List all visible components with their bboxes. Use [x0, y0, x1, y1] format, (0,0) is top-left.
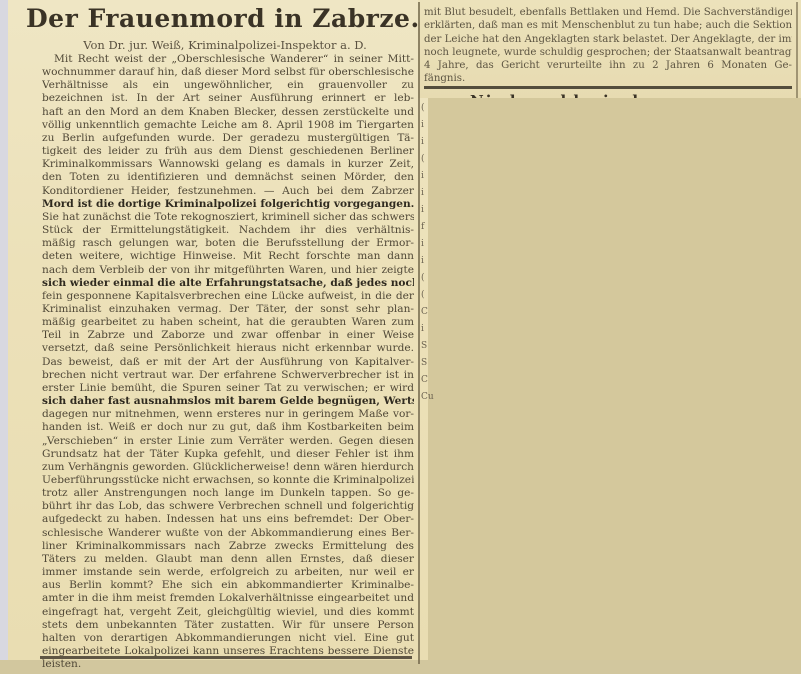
- text-line: mit Blut besudelt, ebenfalls Bettlaken u…: [424, 6, 792, 19]
- text-line: halten von derartigen Abkommandierungen …: [42, 632, 414, 645]
- text-line: mäßig rasch gelungen war, boten die Beru…: [42, 237, 414, 250]
- text-line: dagegen nur mitnehmen, wenn ersteres nur…: [42, 408, 414, 421]
- text-line: bezeichnen ist. In der Art seiner Ausfüh…: [42, 92, 414, 105]
- text-line: handen ist. Weiß er doch nur zu gut, daß…: [42, 421, 414, 434]
- text-line: tigkeit des leider zu früh aus dem Diens…: [42, 145, 414, 158]
- text-line: Ueberführungsstücke nicht erwachsen, so …: [42, 474, 414, 487]
- text-line: Kriminalkommissars Wannowski gelang es d…: [42, 158, 414, 171]
- text-line: Mit Recht weist der „Oberschlesische Wan…: [42, 53, 414, 66]
- text-line: aus Berlin kommt? Ehe sich ein abkommand…: [42, 579, 414, 592]
- gutter-fragment: i: [421, 168, 431, 185]
- text-line: 4 Jahre, das Gericht verurteilte ihn zu …: [424, 59, 792, 72]
- text-line: sich wieder einmal die alte Erfahrungsta…: [42, 277, 414, 290]
- text-line: sich daher fast ausnahmslos mit barem Ge…: [42, 395, 414, 408]
- gutter-fragment: S: [421, 338, 431, 355]
- gutter-fragment: i: [421, 253, 431, 270]
- gutter-fragment: (: [421, 270, 431, 287]
- text-line: leisten.: [42, 658, 414, 671]
- scan-left-margin: [0, 0, 8, 660]
- text-line: schlesische Wanderer wußte von der Abkom…: [42, 527, 414, 540]
- text-line: bührt ihr das Lob, das schwere Verbreche…: [42, 500, 414, 513]
- text-line: erster Linie bemüht, die Spuren seiner T…: [42, 382, 414, 395]
- text-line: Sie hat zunächst die Tote rekognosziert,…: [42, 211, 414, 224]
- article-end-rule: [40, 656, 412, 659]
- text-line: brechen nicht vertraut war. Der erfahren…: [42, 369, 414, 382]
- text-line: den Toten zu identifizieren und demnächs…: [42, 171, 414, 184]
- gutter-fragment: C: [421, 304, 431, 321]
- text-line: zu Berlin aufgefunden wurde. Der geradez…: [42, 132, 414, 145]
- gutter-fragment: (: [421, 287, 431, 304]
- text-line: Stück der Ermittelungstätigkeit. Nachdem…: [42, 224, 414, 237]
- text-line: Mord ist die dortige Kriminalpolizei fol…: [42, 198, 414, 211]
- column-rule: [418, 2, 420, 664]
- gutter-fragment: C: [421, 372, 431, 389]
- text-line: Kriminalist einzuhaken vermag. Der Täter…: [42, 303, 414, 316]
- text-line: zum Verhängnis geworden. Glücklicherweis…: [42, 461, 414, 474]
- gutter-fragment: i: [421, 236, 431, 253]
- text-line: immer imstande sein werde, erfolgreich z…: [42, 566, 414, 579]
- text-line: fängnis.: [424, 72, 792, 85]
- text-line: aufgedeckt zu haben. Indessen hat uns ei…: [42, 513, 414, 526]
- gutter-fragment: i: [421, 134, 431, 151]
- text-line: wochnummer darauf hin, daß dieser Mord s…: [42, 66, 414, 79]
- column-rule-right: [796, 2, 798, 98]
- gutter-fragment: S: [421, 355, 431, 372]
- gutter-fragment: Cu: [421, 389, 431, 406]
- text-line: Täters zu melden. Glaubt man denn allen …: [42, 553, 414, 566]
- text-line: Teil in Zabrze und Zaborze und zwar offe…: [42, 329, 414, 342]
- gutter-text-fragments: (ii(iiifii((CiSSCCu: [421, 100, 431, 406]
- text-line: mäßig gearbeitet zu haben scheint, hat d…: [42, 316, 414, 329]
- gutter-fragment: f: [421, 219, 431, 236]
- text-line: deten weitere, wichtige Hinweise. Mit Re…: [42, 250, 414, 263]
- text-line: amter in die ihm meist fremden Lokalverh…: [42, 592, 414, 605]
- gutter-fragment: i: [421, 202, 431, 219]
- text-line: stets dem unbekannten Täter zustatten. W…: [42, 619, 414, 632]
- gutter-fragment: i: [421, 321, 431, 338]
- text-line: Verhältnisse als ein ungewöhnlicher, ein…: [42, 79, 414, 92]
- text-line: Das beweist, daß er mit der Art der Ausf…: [42, 356, 414, 369]
- article-body: Mit Recht weist der „Oberschlesische Wan…: [42, 53, 414, 671]
- gutter-fragment: i: [421, 117, 431, 134]
- gutter-fragment: i: [421, 185, 431, 202]
- gutter-fragment: (: [421, 151, 431, 168]
- text-line: der Leiche hat den Angeklagten stark bel…: [424, 33, 792, 46]
- text-line: fein gesponnene Kapitalsverbrechen eine …: [42, 290, 414, 303]
- text-line: liner Kriminalkommissars nach Zabrze zwe…: [42, 540, 414, 553]
- text-line: haft an den Mord an dem Knaben Blecker, …: [42, 106, 414, 119]
- text-line: Grundsatz hat der Täter Kupka gefehlt, u…: [42, 448, 414, 461]
- text-line: erklärten, daß man es mit Menschenblut z…: [424, 19, 792, 32]
- text-line: völlig unkenntlich gemachte Leiche am 8.…: [42, 119, 414, 132]
- article-headline: Der Frauenmord in Zabrze.: [26, 4, 416, 33]
- text-line: noch leugnete, wurde schuldig gesprochen…: [424, 46, 792, 59]
- text-line: nach dem Verbleib der von ihr mitgeführt…: [42, 264, 414, 277]
- next-article-heading-fragment: Niederschlesische Nachrichten: [470, 90, 790, 98]
- text-line: trotz aller Anstrengungen noch lange im …: [42, 487, 414, 500]
- gutter-fragment: (: [421, 100, 431, 117]
- text-line: Konditordiener Heider, festzunehmen. — A…: [42, 185, 414, 198]
- right-column-text: mit Blut besudelt, ebenfalls Bettlaken u…: [424, 6, 792, 86]
- article-byline: Von Dr. jur. Weiß, Kriminalpolizei-Inspe…: [40, 38, 410, 52]
- right-column-rule: [424, 86, 792, 89]
- text-line: versetzt, daß seine Persönlichkeit hiera…: [42, 342, 414, 355]
- text-line: eingefragt hat, vergeht Zeit, gleichgült…: [42, 606, 414, 619]
- text-line: „Verschieben“ in erster Linie zum Verrät…: [42, 435, 414, 448]
